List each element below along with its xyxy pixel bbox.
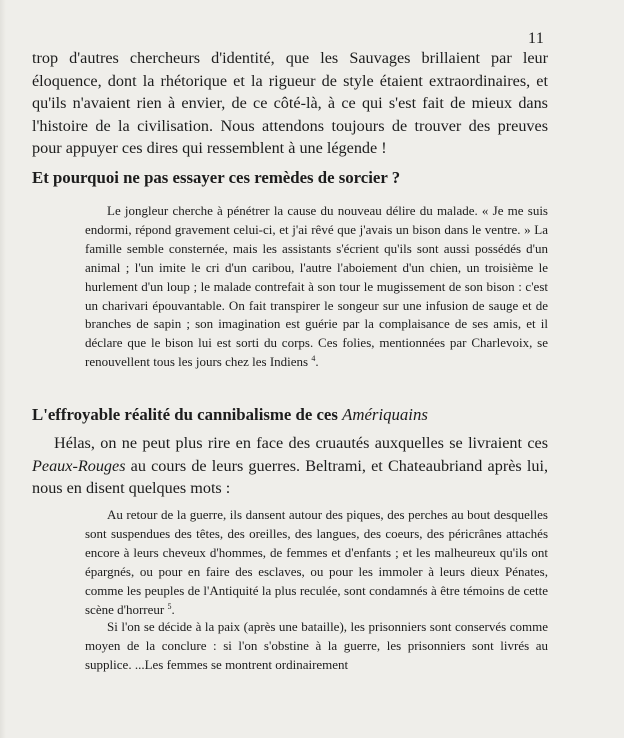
section-heading-cannibalisme: L'effroyable réalité du cannibalisme de … [32, 405, 428, 425]
footnote-ref-5[interactable]: 5 [167, 602, 171, 611]
paragraph-intro-text: trop d'autres chercheurs d'identité, que… [32, 47, 548, 160]
blockquote-jongleur: Le jongleur cherche à pénétrer la cause … [85, 202, 548, 372]
page-edge-shadow [0, 0, 6, 738]
blockquote-paix: Si l'on se décide à la paix (après une b… [85, 618, 548, 675]
paragraph-helas: Hélas, on ne peut plus rire en face des … [32, 432, 548, 500]
footnote-ref-4[interactable]: 4 [311, 354, 315, 363]
paragraph-intro: trop d'autres chercheurs d'identité, que… [32, 47, 548, 160]
blockquote-retour-guerre-text: Au retour de la guerre, ils dansent auto… [85, 507, 548, 617]
heading-italic-ameriquains: Amériquains [342, 405, 428, 424]
section-heading-remedes: Et pourquoi ne pas essayer ces remèdes d… [32, 168, 400, 188]
italic-peaux-rouges: Peaux-Rouges [32, 457, 126, 475]
blockquote-jongleur-text: Le jongleur cherche à pénétrer la cause … [85, 203, 548, 369]
blockquote-paix-text: Si l'on se décide à la paix (après une b… [85, 618, 548, 675]
blockquote-retour-guerre: Au retour de la guerre, ils dansent auto… [85, 506, 548, 619]
page-number: 11 [528, 30, 544, 48]
